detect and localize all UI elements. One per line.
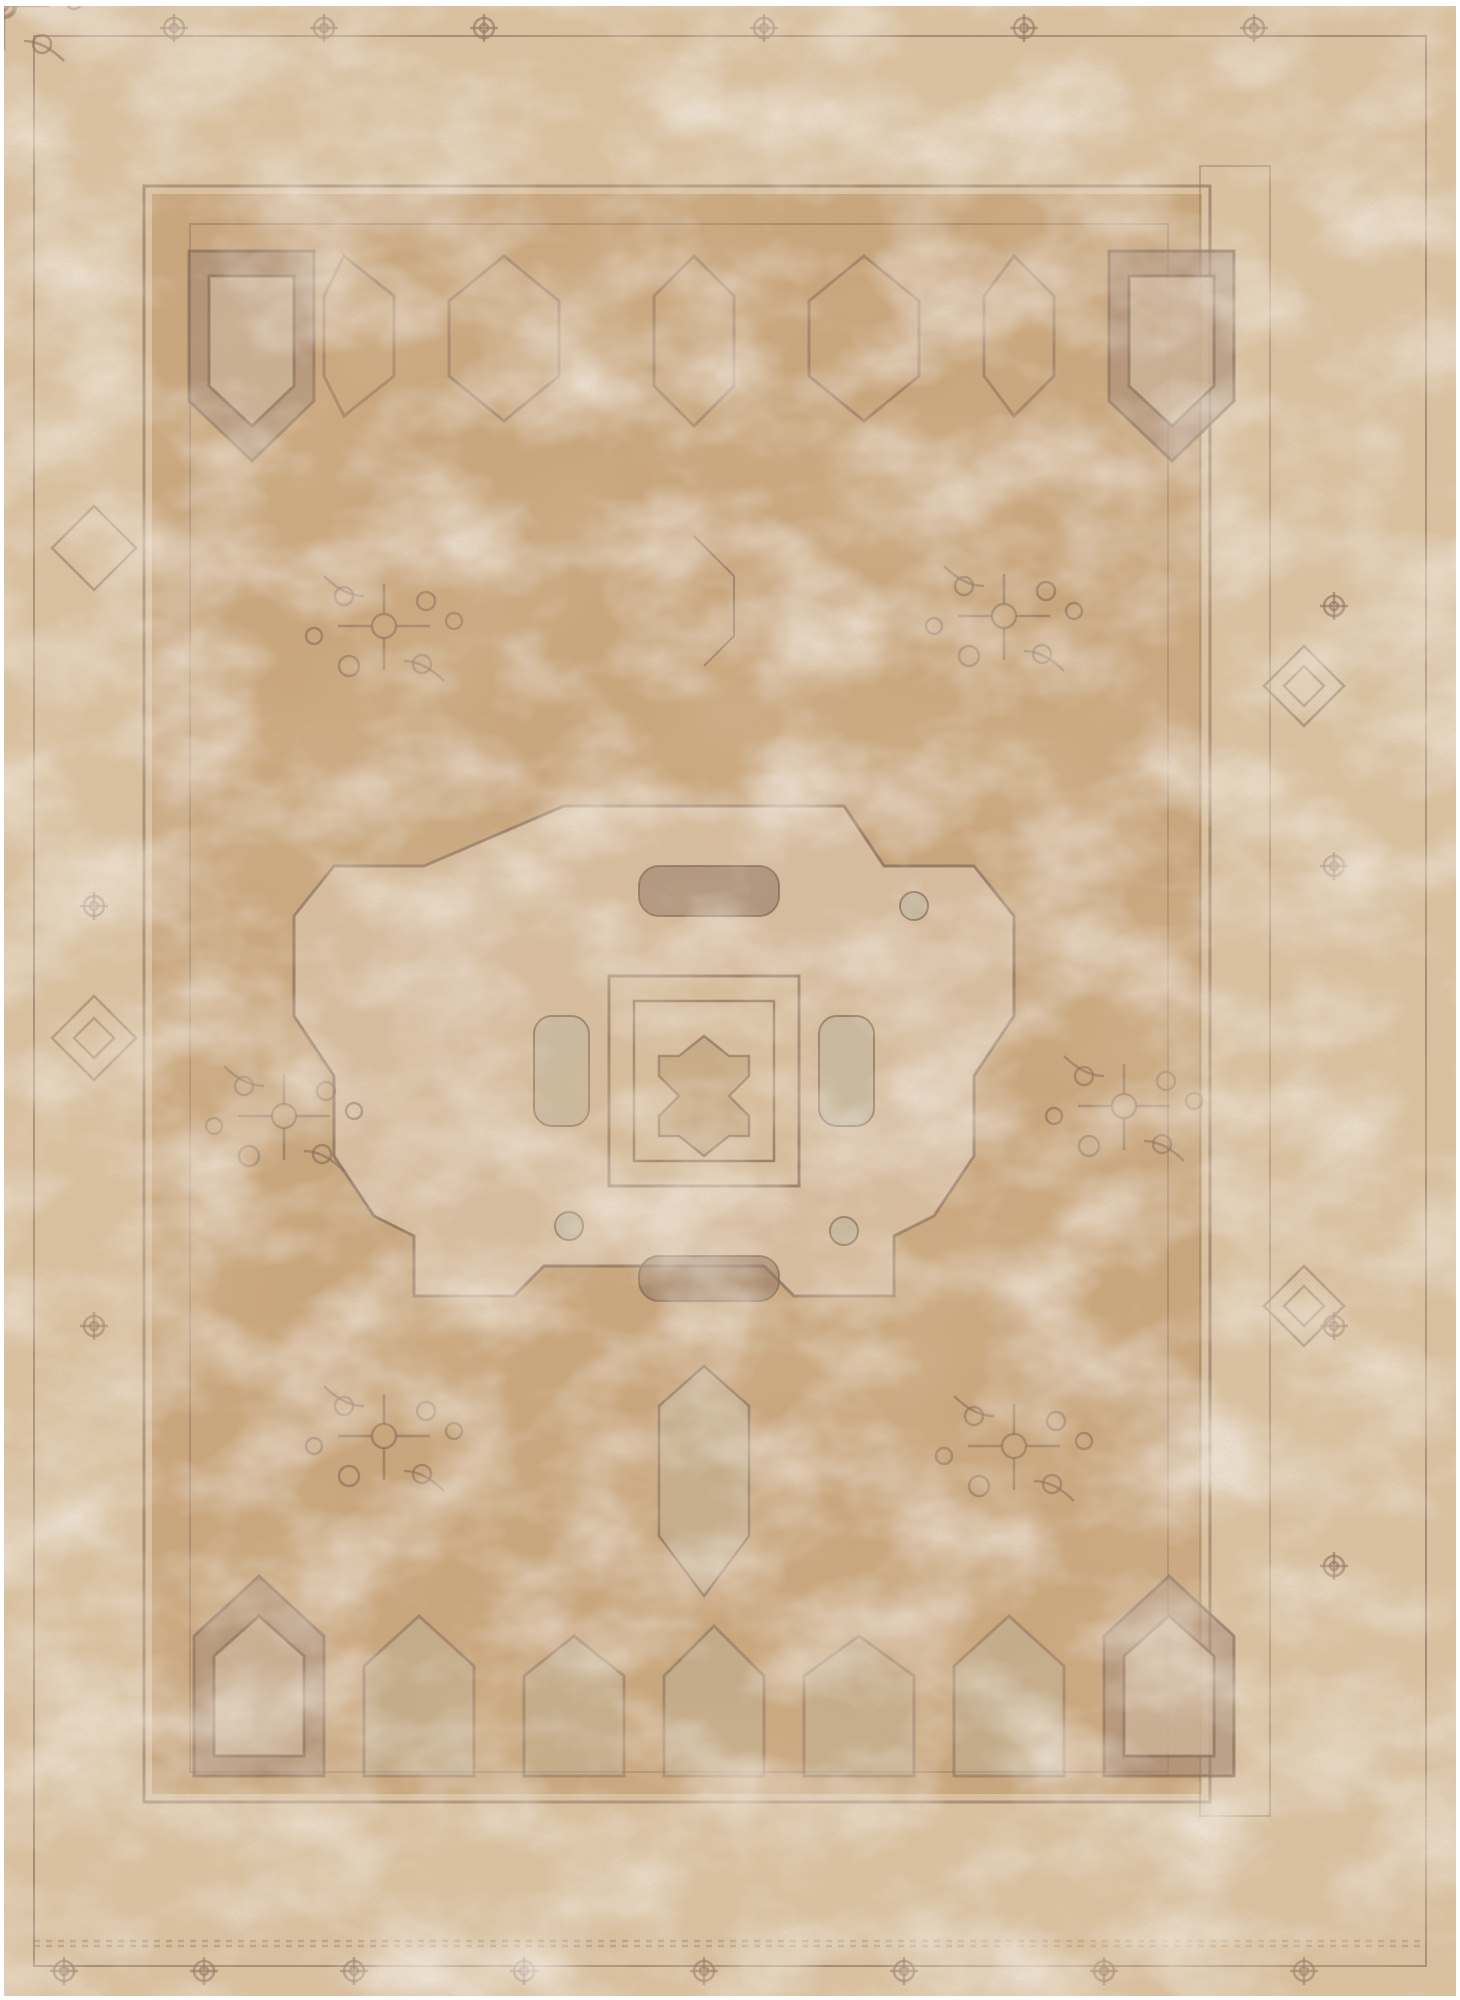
rug: Distressed vintage Persian-style rug wit… bbox=[4, 6, 1456, 1996]
rug-artwork bbox=[4, 6, 1456, 1996]
pile-grain bbox=[4, 6, 1456, 1996]
